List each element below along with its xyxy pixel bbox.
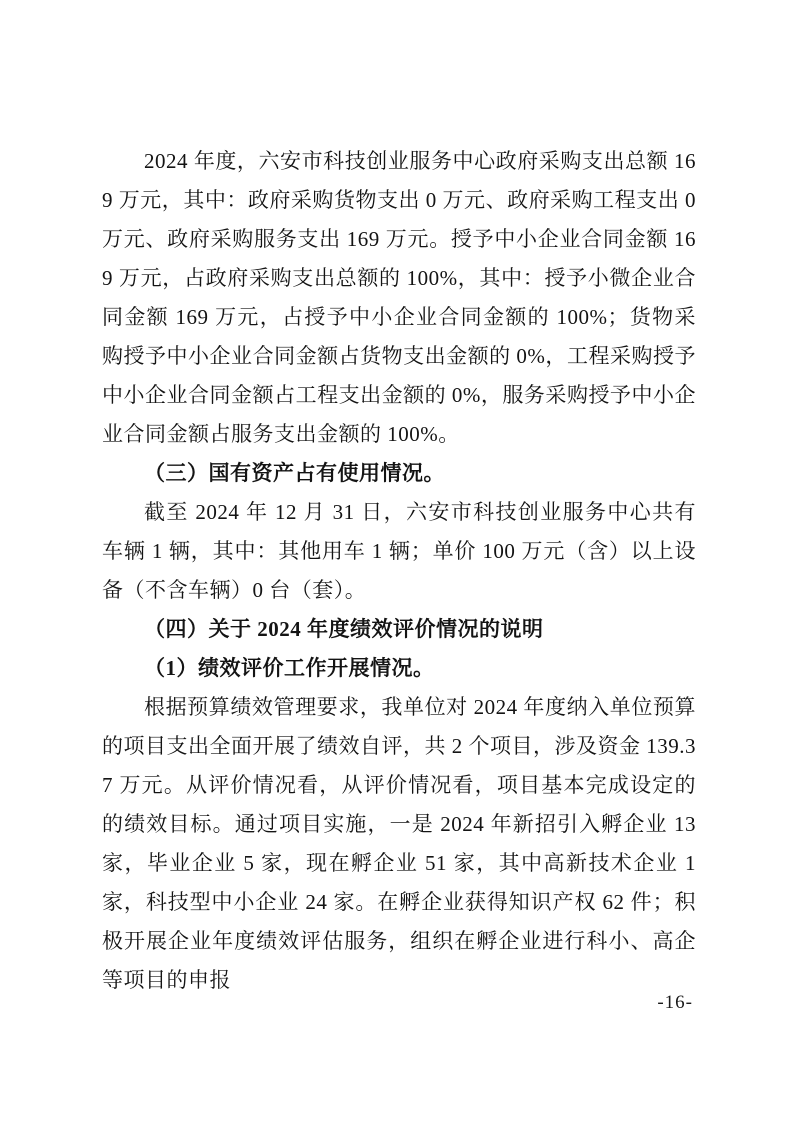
procurement-summary-paragraph: 2024 年度，六安市科技创业服务中心政府采购支出总额 169 万元，其中：政府… xyxy=(102,142,696,454)
document-page: 2024 年度，六安市科技创业服务中心政府采购支出总额 169 万元，其中：政府… xyxy=(0,0,793,1122)
document-body: 2024 年度，六安市科技创业服务中心政府采购支出总额 169 万元，其中：政府… xyxy=(102,142,696,1000)
state-assets-paragraph: 截至 2024 年 12 月 31 日，六安市科技创业服务中心共有车辆 1 辆，… xyxy=(102,493,696,610)
section-heading-state-assets: （三）国有资产占有使用情况。 xyxy=(102,454,696,493)
page-number: -16- xyxy=(657,992,693,1014)
section-heading-performance-evaluation: （四）关于 2024 年度绩效评价情况的说明 xyxy=(102,610,696,649)
performance-evaluation-paragraph: 根据预算绩效管理要求，我单位对 2024 年度纳入单位预算的项目支出全面开展了绩… xyxy=(102,688,696,1000)
subsection-heading-evaluation-work: （1）绩效评价工作开展情况。 xyxy=(102,649,696,688)
